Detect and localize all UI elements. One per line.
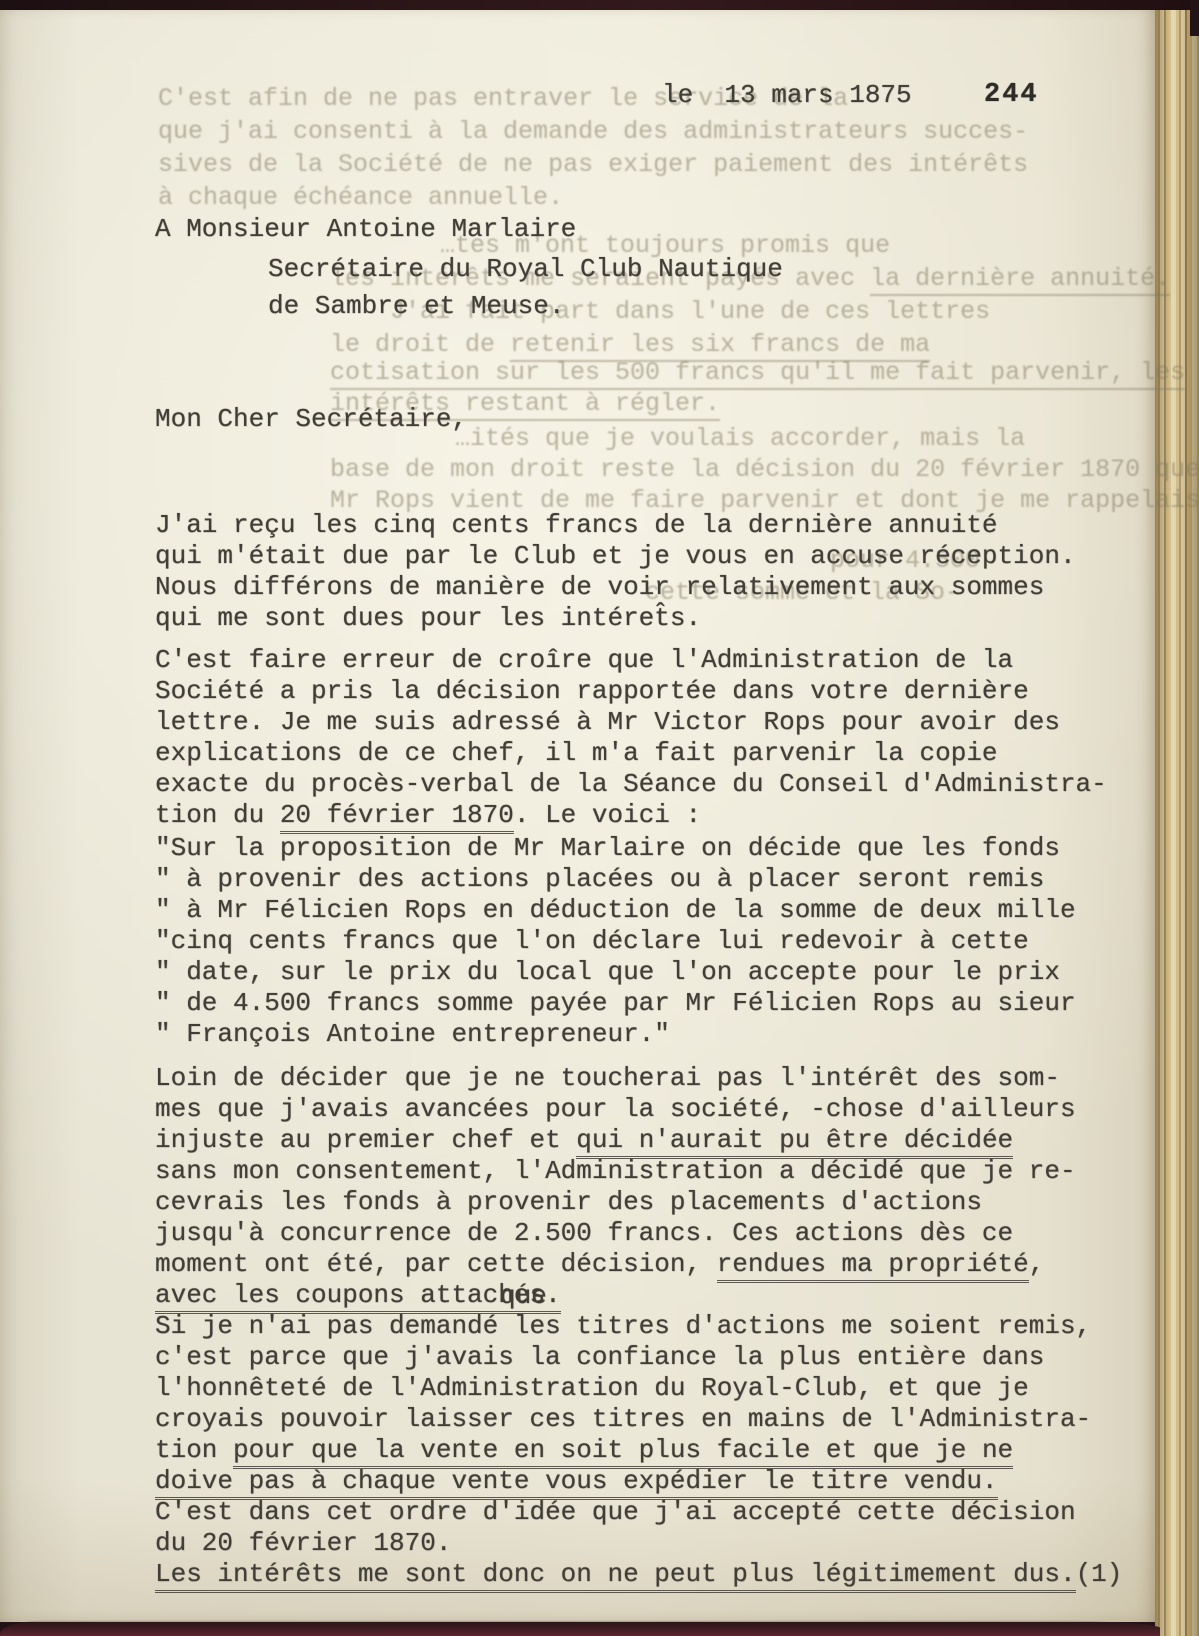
- letter-line: croyais pouvoir laisser ces titres en ma…: [155, 1404, 1122, 1435]
- book-page-scan: C'est afin de ne pas entraver le service…: [0, 0, 1199, 1636]
- letter-line: sans mon consentement, l'Administration …: [155, 1156, 1076, 1187]
- typed-underline: Les intérêts me sont donc on ne peut plu…: [155, 1559, 1076, 1593]
- letter-line: Les intérêts me sont donc on ne peut plu…: [155, 1559, 1122, 1590]
- letter-line: c'est parce que j'avais la confiance la …: [155, 1342, 1122, 1373]
- paragraph: Si je n'ai pas demandé les titres d'acti…: [155, 1311, 1122, 1590]
- letter-line: C'est dans cet ordre d'idée que j'ai acc…: [155, 1497, 1122, 1528]
- letter-line: Société a pris la décision rapportée dan…: [155, 676, 1107, 707]
- letter-line: l'honnêteté de l'Administration du Royal…: [155, 1373, 1122, 1404]
- letter-line: "cinq cents francs que l'on déclare lui …: [155, 926, 1076, 957]
- letter-line: tion du 20 février 1870. Le voici :: [155, 800, 1107, 831]
- paragraph: C'est faire erreur de croîre que l'Admin…: [155, 645, 1107, 831]
- interline-insertion: que: [500, 1283, 547, 1309]
- letter-line: "Sur la proposition de Mr Marlaire on dé…: [155, 833, 1076, 864]
- letter-line: injuste au premier chef et qui n'aurait …: [155, 1125, 1076, 1156]
- letter-line: mes que j'avais avancées pour la société…: [155, 1094, 1076, 1125]
- letter-line: explications de ce chef, il m'a fait par…: [155, 738, 1107, 769]
- letter-body: J'ai reçu les cinq cents francs de la de…: [0, 0, 1199, 1636]
- letter-line: " date, sur le prix du local que l'on ac…: [155, 957, 1076, 988]
- letter-line: " à Mr Félicien Rops en déduction de la …: [155, 895, 1076, 926]
- typed-underline: qui n'aurait pu être décidée: [576, 1125, 1013, 1159]
- letter-line: moment ont été, par cette décision, rend…: [155, 1249, 1076, 1280]
- letter-line: lettre. Je me suis adressé à Mr Victor R…: [155, 707, 1107, 738]
- letter-line: doive pas à chaque vente vous expédier l…: [155, 1466, 1122, 1497]
- typed-underline: 20 février 1870: [280, 800, 514, 834]
- typed-underline: pour que la vente en soit plus facile et…: [233, 1435, 1013, 1469]
- letter-line: du 20 février 1870.: [155, 1528, 1122, 1559]
- letter-line: qui m'était due par le Club et je vous e…: [155, 541, 1076, 572]
- letter-line: " François Antoine entrepreneur.": [155, 1019, 1076, 1050]
- letter-line: tion pour que la vente en soit plus faci…: [155, 1435, 1122, 1466]
- letter-line: cevrais les fonds à provenir des placeme…: [155, 1187, 1076, 1218]
- paragraph: J'ai reçu les cinq cents francs de la de…: [155, 510, 1076, 634]
- typed-underline: doive pas à chaque vente vous expédier l…: [155, 1466, 998, 1500]
- letter-line: C'est faire erreur de croîre que l'Admin…: [155, 645, 1107, 676]
- paragraph: Loin de décider que je ne toucherai pas …: [155, 1063, 1076, 1311]
- letter-line: Nous différons de manière de voir relati…: [155, 572, 1076, 603]
- letter-line: " de 4.500 francs somme payée par Mr Fél…: [155, 988, 1076, 1019]
- paragraph: "Sur la proposition de Mr Marlaire on dé…: [155, 833, 1076, 1050]
- letter-line: jusqu'à concurrence de 2.500 francs. Ces…: [155, 1218, 1076, 1249]
- letter-line: Si je n'ai pas demandé les titres d'acti…: [155, 1311, 1122, 1342]
- letter-line: Loin de décider que je ne toucherai pas …: [155, 1063, 1076, 1094]
- letter-line: J'ai reçu les cinq cents francs de la de…: [155, 510, 1076, 541]
- letter-line: exacte du procès-verbal de la Séance du …: [155, 769, 1107, 800]
- letter-line: qui me sont dues pour les intéret̂s.: [155, 603, 1076, 634]
- letter-line: avec les coupons attachés.: [155, 1280, 1076, 1311]
- letter-line: " à provenir des actions placées ou à pl…: [155, 864, 1076, 895]
- typed-underline: rendues ma propriété: [717, 1249, 1029, 1283]
